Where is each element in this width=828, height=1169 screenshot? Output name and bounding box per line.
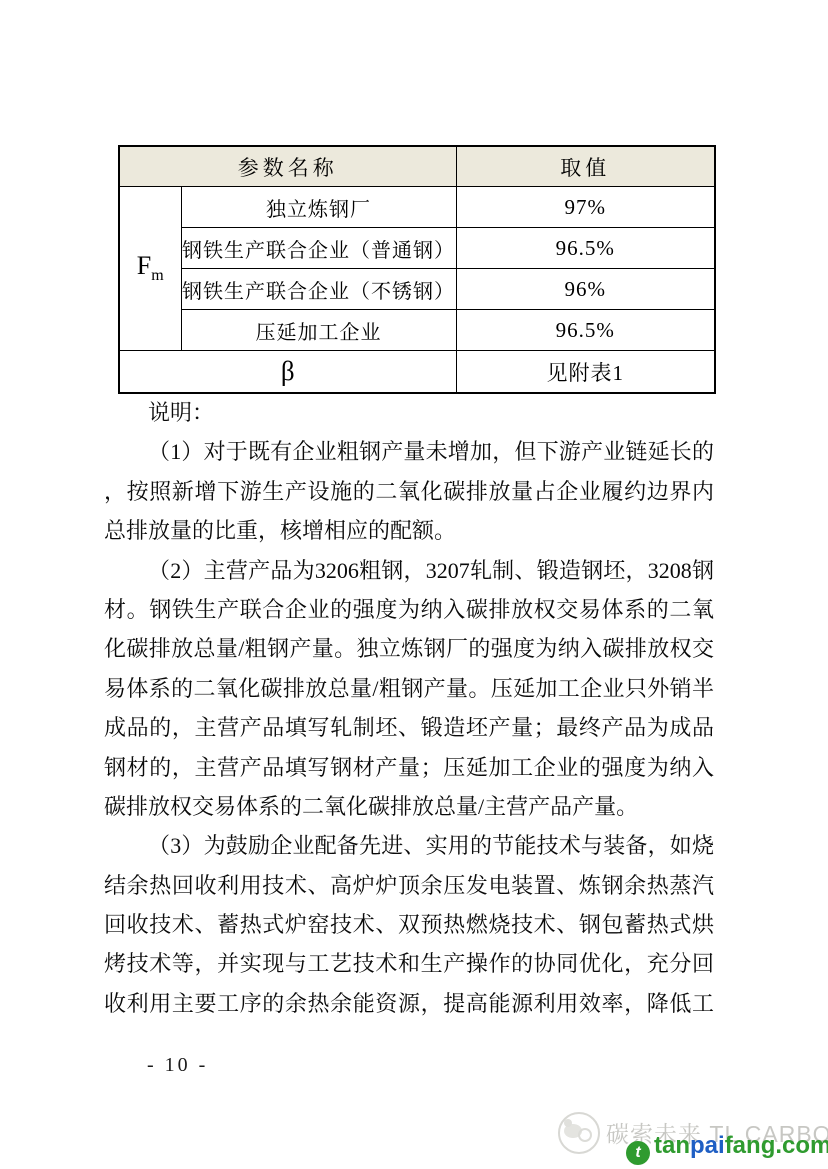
site-text-com: .com [775, 1132, 828, 1159]
site-text-tan: tan [654, 1132, 690, 1159]
text-line: （1）对于既有企业粗钢产量未增加，但下游产业链延长的 [104, 432, 714, 471]
fm-parameter-cell: Fm [119, 187, 181, 351]
header-cell-param-name: 参数名称 [119, 146, 456, 187]
row-value-rolling-processing: 96.5% [456, 310, 715, 351]
table-row: 钢铁生产联合企业（普通钢） 96.5% [119, 228, 715, 269]
tanpaifang-logo-icon: t [626, 1141, 650, 1165]
tlcarbon-logo-icon [556, 1110, 602, 1156]
text-line: 烤技术等，并实现与工艺技术和生产操作的协同优化，充分回 [104, 944, 714, 983]
row-name-integrated-stainless-steel: 钢铁生产联合企业（不锈钢） [181, 269, 456, 310]
text-line: 结余热回收利用技术、高炉炉顶余压发电装置、炼钢余热蒸汽 [104, 866, 714, 905]
row-value-integrated-stainless-steel: 96% [456, 269, 715, 310]
text-line: （3）为鼓励企业配备先进、实用的节能技术与装备，如烧 [104, 826, 714, 865]
text-line: 化碳排放总量/粗钢产量。独立炼钢厂的强度为纳入碳排放权交 [104, 629, 714, 668]
row-name-integrated-ordinary-steel: 钢铁生产联合企业（普通钢） [181, 228, 456, 269]
document-page: 参数名称 取值 Fm 独立炼钢厂 97% 钢铁生产联合企业（普通钢） 96.5%… [0, 0, 828, 1169]
text-line: 钢材的，主营产品填写钢材产量；压延加工企业的强度为纳入 [104, 748, 714, 787]
text-line: 碳排放权交易体系的二氧化碳排放总量/主营产品产量。 [104, 787, 714, 826]
text-line: 收利用主要工序的余热余能资源，提高能源利用效率，降低工 [104, 984, 714, 1023]
row-name-independent-steel-plant: 独立炼钢厂 [181, 187, 456, 228]
text-line: 材。钢铁生产联合企业的强度为纳入碳排放权交易体系的二氧 [104, 590, 714, 629]
text-line: （2）主营产品为3206粗钢，3207轧制、锻造钢坯，3208钢 [104, 551, 714, 590]
row-name-rolling-processing: 压延加工企业 [181, 310, 456, 351]
text-line: 总排放量的比重，核增相应的配额。 [104, 511, 714, 550]
table-row: 压延加工企业 96.5% [119, 310, 715, 351]
row-value-integrated-ordinary-steel: 96.5% [456, 228, 715, 269]
fm-subscript: m [151, 268, 163, 285]
site-text-fang: fang [725, 1132, 776, 1159]
beta-value-cell: 见附表1 [456, 351, 715, 394]
fm-symbol: F [137, 251, 151, 280]
beta-parameter-cell: β [119, 351, 456, 394]
page-number: - 10 - [147, 1054, 208, 1077]
site-text-pai: pai [690, 1132, 725, 1159]
row-value-independent-steel-plant: 97% [456, 187, 715, 228]
text-line: 成品的，主营产品填写轧制坯、锻造坯产量；最终产品为成品 [104, 708, 714, 747]
text-line: ，按照新增下游生产设施的二氧化碳排放量占企业履约边界内 [104, 472, 714, 511]
table-row: Fm 独立炼钢厂 97% [119, 187, 715, 228]
parameter-table: 参数名称 取值 Fm 独立炼钢厂 97% 钢铁生产联合企业（普通钢） 96.5%… [118, 145, 716, 394]
text-line: 回收技术、蓄热式炉窑技术、双预热燃烧技术、钢包蓄热式烘 [104, 905, 714, 944]
header-cell-value: 取值 [456, 146, 715, 187]
text-line-heading: 说明： [104, 393, 714, 432]
table-row-beta: β 见附表1 [119, 351, 715, 394]
watermark-site-text: ttanpaifang.com [626, 1132, 828, 1165]
table-row: 钢铁生产联合企业（不锈钢） 96% [119, 269, 715, 310]
text-line: 易体系的二氧化碳排放总量/粗钢产量。压延加工企业只外销半 [104, 669, 714, 708]
watermark: 碳索未来 TL CARBON ttanpaifang.com [554, 1104, 826, 1166]
body-text: 说明： （1）对于既有企业粗钢产量未增加，但下游产业链延长的 ，按照新增下游生产… [104, 393, 714, 1023]
table-header-row: 参数名称 取值 [119, 146, 715, 187]
